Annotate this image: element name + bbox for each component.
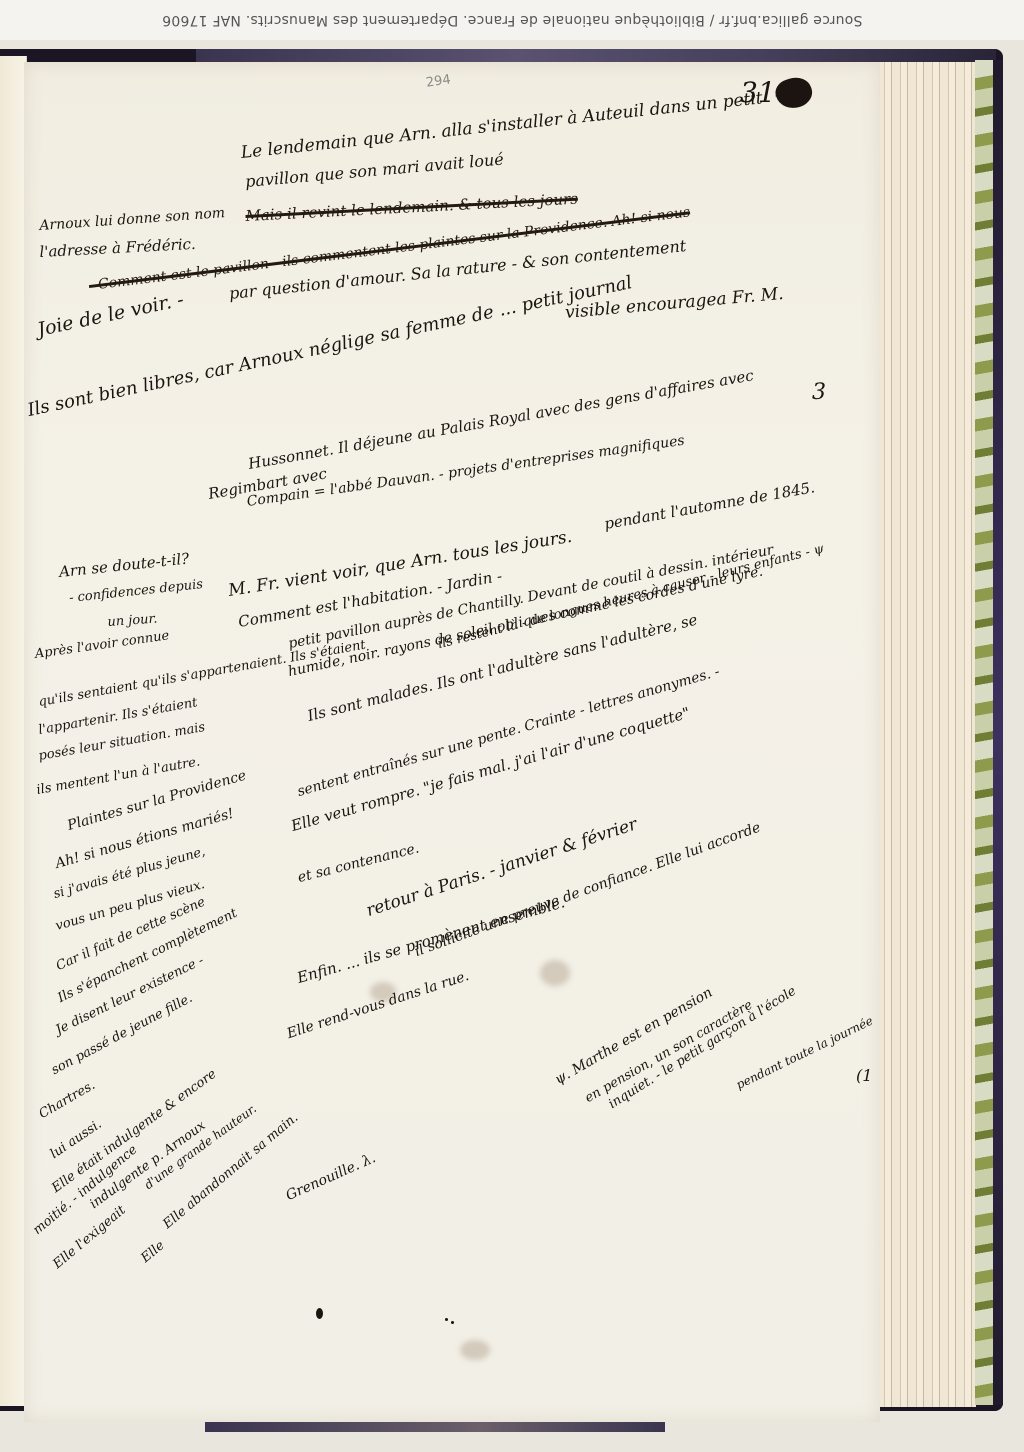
source-attribution-bar: Source gallica.bnf.fr / Bibliothèque nat… — [0, 0, 1024, 40]
ink-dot — [445, 1318, 448, 1321]
source-attribution-text: Source gallica.bnf.fr / Bibliothèque nat… — [162, 12, 862, 28]
left-page-edge — [0, 56, 27, 1406]
page-stack-edges — [876, 62, 976, 1407]
handwritten-line: 3 — [812, 380, 826, 405]
binding-right-edge — [993, 60, 1003, 1405]
handwritten-line: (1 — [856, 1066, 872, 1085]
ink-dot — [316, 1308, 323, 1319]
marbled-endpaper — [975, 60, 993, 1405]
ink-stain — [460, 1340, 490, 1360]
ink-stain — [540, 960, 570, 986]
ink-dot — [451, 1321, 454, 1324]
binding-top-cloth — [196, 49, 996, 63]
